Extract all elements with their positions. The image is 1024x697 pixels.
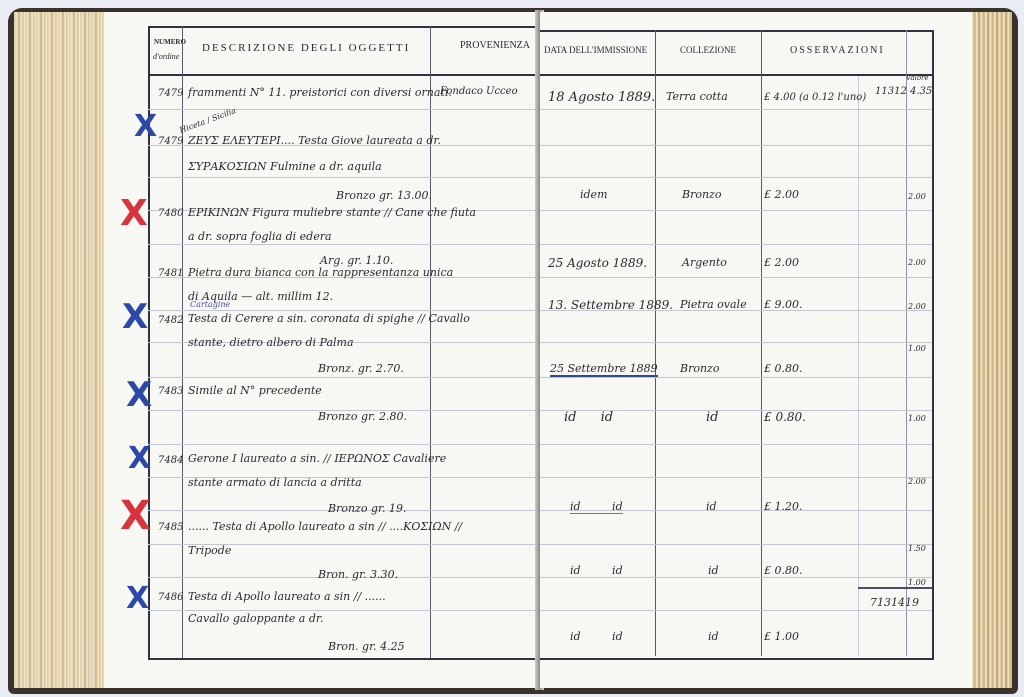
rule <box>540 444 932 445</box>
rule <box>540 544 932 545</box>
header-collezione: COLLEZIONE <box>680 45 736 55</box>
entry-number: 7479 <box>158 88 183 99</box>
entry-collection: Pietra ovale <box>680 298 747 311</box>
entry-value: 11312 4.35 <box>875 86 932 97</box>
entry-observation: £ 4.00 (a 0.12 l'uno) <box>764 92 866 103</box>
margin-cross-mark: X <box>126 378 152 412</box>
entry-description: ...... Testa di Apollo laureato a sin //… <box>188 520 462 533</box>
entry-observation: £ 2.00 <box>764 256 799 269</box>
col-divider-value <box>906 30 907 656</box>
entry-description-line2: stante armato di lancia a dritta <box>188 476 362 489</box>
entry-weight: Bronzo gr. 19. <box>328 502 407 515</box>
entry-number: 7481 <box>158 268 183 279</box>
entry-description: Gerone I laureato a sin. // ΙΕΡΩΝΟΣ Cava… <box>188 452 446 465</box>
rule <box>540 342 932 343</box>
header-osservazioni: OSSERVAZIONI <box>790 45 885 56</box>
rule <box>148 444 539 445</box>
margin-note: Cartagine <box>190 300 230 309</box>
rule <box>540 109 932 110</box>
entry-date: 18 Agosto 1889. <box>548 90 655 105</box>
entry-number: 7479 <box>158 136 183 147</box>
entry-collection: Bronzo <box>680 362 719 375</box>
entry-number: 7482 <box>158 315 183 326</box>
margin-cross-mark: X <box>128 444 151 474</box>
entry-observation: £ 0.80. <box>764 564 802 577</box>
entry-date: id id <box>564 410 613 425</box>
entry-weight: Bronzo gr. 13.00. <box>336 189 432 202</box>
entry-date: 25 Agosto 1889. <box>548 256 647 270</box>
entry-provenance: Fondaco Ucceo <box>440 86 518 97</box>
entry-number: 7480 <box>158 208 183 219</box>
entry-date: id id <box>570 630 623 643</box>
header-data-immissione: DATA DELL'IMMISSIONE <box>544 45 647 55</box>
entry-collection: id <box>708 630 719 643</box>
col-divider-observations <box>761 30 762 656</box>
rule <box>148 177 539 178</box>
entry-observation: £ 9.00. <box>764 298 802 311</box>
header-ordine: d'ordine <box>153 52 179 61</box>
right-page: DATA DELL'IMMISSIONE COLLEZIONE OSSERVAZ… <box>540 12 972 688</box>
entry-weight: Bron. gr. 3.30. <box>318 568 398 581</box>
entry-date: id id <box>570 564 623 577</box>
rule <box>540 610 932 611</box>
entry-value: 1.00 <box>908 578 926 587</box>
entry-number: 7485 <box>158 522 183 533</box>
entry-number: 7484 <box>158 455 183 466</box>
entry-collection: id <box>706 410 718 425</box>
margin-cross-mark: X <box>134 112 157 142</box>
entry-description: Simile al N° precedente <box>188 384 322 397</box>
entry-weight: Bron. gr. 4.25 <box>328 640 405 653</box>
entry-observation: £ 1.20. <box>764 500 802 513</box>
rule <box>148 610 539 611</box>
rule <box>540 277 932 278</box>
entry-date: id id <box>570 500 623 514</box>
entry-weight: Bronz. gr. 2.70. <box>318 362 404 375</box>
header-descrizione: DESCRIZIONE DEGLI OGGETTI <box>202 42 410 54</box>
col-divider-sub <box>858 76 859 656</box>
margin-cross-mark: X <box>122 300 148 334</box>
page-edges-right <box>972 12 1012 688</box>
entry-description-line2: a dr. sopra foglia di edera <box>188 230 332 243</box>
entry-description-line2: ΣΥΡΑΚΟΣΙΩΝ Fulmine a dr. aquila <box>188 160 382 173</box>
rule <box>148 377 539 378</box>
running-total: 7131419 <box>870 596 919 609</box>
entry-date: 13. Settembre 1889. <box>548 298 673 312</box>
header-rule <box>540 74 934 76</box>
rule <box>540 177 932 178</box>
entry-value: 2.00 <box>908 192 926 201</box>
margin-cross-mark: X <box>120 196 148 232</box>
entry-description: ΕΡΙΚΙΝΩΝ Figura muliebre stante // Cane … <box>188 206 476 219</box>
entry-description: Testa di Cerere a sin. coronata di spigh… <box>188 312 470 325</box>
rule <box>540 210 932 211</box>
entry-description: frammenti N° 11. preistorici con diversi… <box>188 86 452 99</box>
entry-description: Pietra dura bianca con la rappresentanza… <box>188 266 453 279</box>
entry-collection: Argento <box>682 256 727 269</box>
entry-collection: Terra cotta <box>666 90 728 103</box>
entry-description-line2: Tripode <box>188 544 231 557</box>
entry-value: 1.00 <box>908 344 926 353</box>
entry-weight: Bronzo gr. 2.80. <box>318 410 407 423</box>
rule <box>540 577 932 578</box>
header-numero: NUMERO <box>154 38 186 46</box>
entry-value: 1.50 <box>908 544 926 553</box>
left-page: NUMERO d'ordine DESCRIZIONE DEGLI OGGETT… <box>104 12 539 688</box>
entry-number: 7483 <box>158 386 183 397</box>
entry-value: 2.00 <box>908 258 926 267</box>
entry-collection: Bronzo <box>682 188 721 201</box>
entry-number: 7486 <box>158 592 183 603</box>
col-divider-collection <box>655 30 656 656</box>
rule <box>148 109 539 110</box>
entry-description: ΖΕΥΣ ΕΛΕΥΤΕΡΙ.... Testa Giove laureata a… <box>188 134 441 147</box>
total-rule <box>858 587 932 589</box>
entry-description: Testa di Apollo laureato a sin // ...... <box>188 590 386 603</box>
margin-cross-mark: X <box>126 584 149 614</box>
rule <box>540 477 932 478</box>
header-valore: Valore <box>906 74 929 82</box>
entry-observation: £ 2.00 <box>764 188 799 201</box>
entry-collection: id <box>706 500 717 513</box>
entry-description-line2: Cavallo galoppante a dr. <box>188 612 323 625</box>
margin-cross-mark: X <box>120 496 151 536</box>
rule <box>148 310 539 311</box>
page-edges-left <box>14 12 104 688</box>
entry-value: 2.00 <box>908 302 926 311</box>
entry-observation: £ 1.00 <box>764 630 799 643</box>
entry-collection: id <box>708 564 719 577</box>
header-rule <box>148 74 539 76</box>
rule <box>540 244 932 245</box>
entry-value: 1.00 <box>908 414 926 423</box>
header-provenienza: PROVENIENZA <box>460 40 530 51</box>
entry-value: 2.00 <box>908 477 926 486</box>
entry-date: idem <box>580 188 608 201</box>
rule <box>540 377 932 378</box>
entry-observation: £ 0.80. <box>764 362 802 375</box>
entry-description-line2: stante, dietro albero di Palma <box>188 336 354 349</box>
rule <box>148 244 539 245</box>
entry-date: 25 Settembre 1889 <box>550 362 658 377</box>
entry-observation: £ 0.80. <box>764 410 806 424</box>
rule <box>540 145 932 146</box>
